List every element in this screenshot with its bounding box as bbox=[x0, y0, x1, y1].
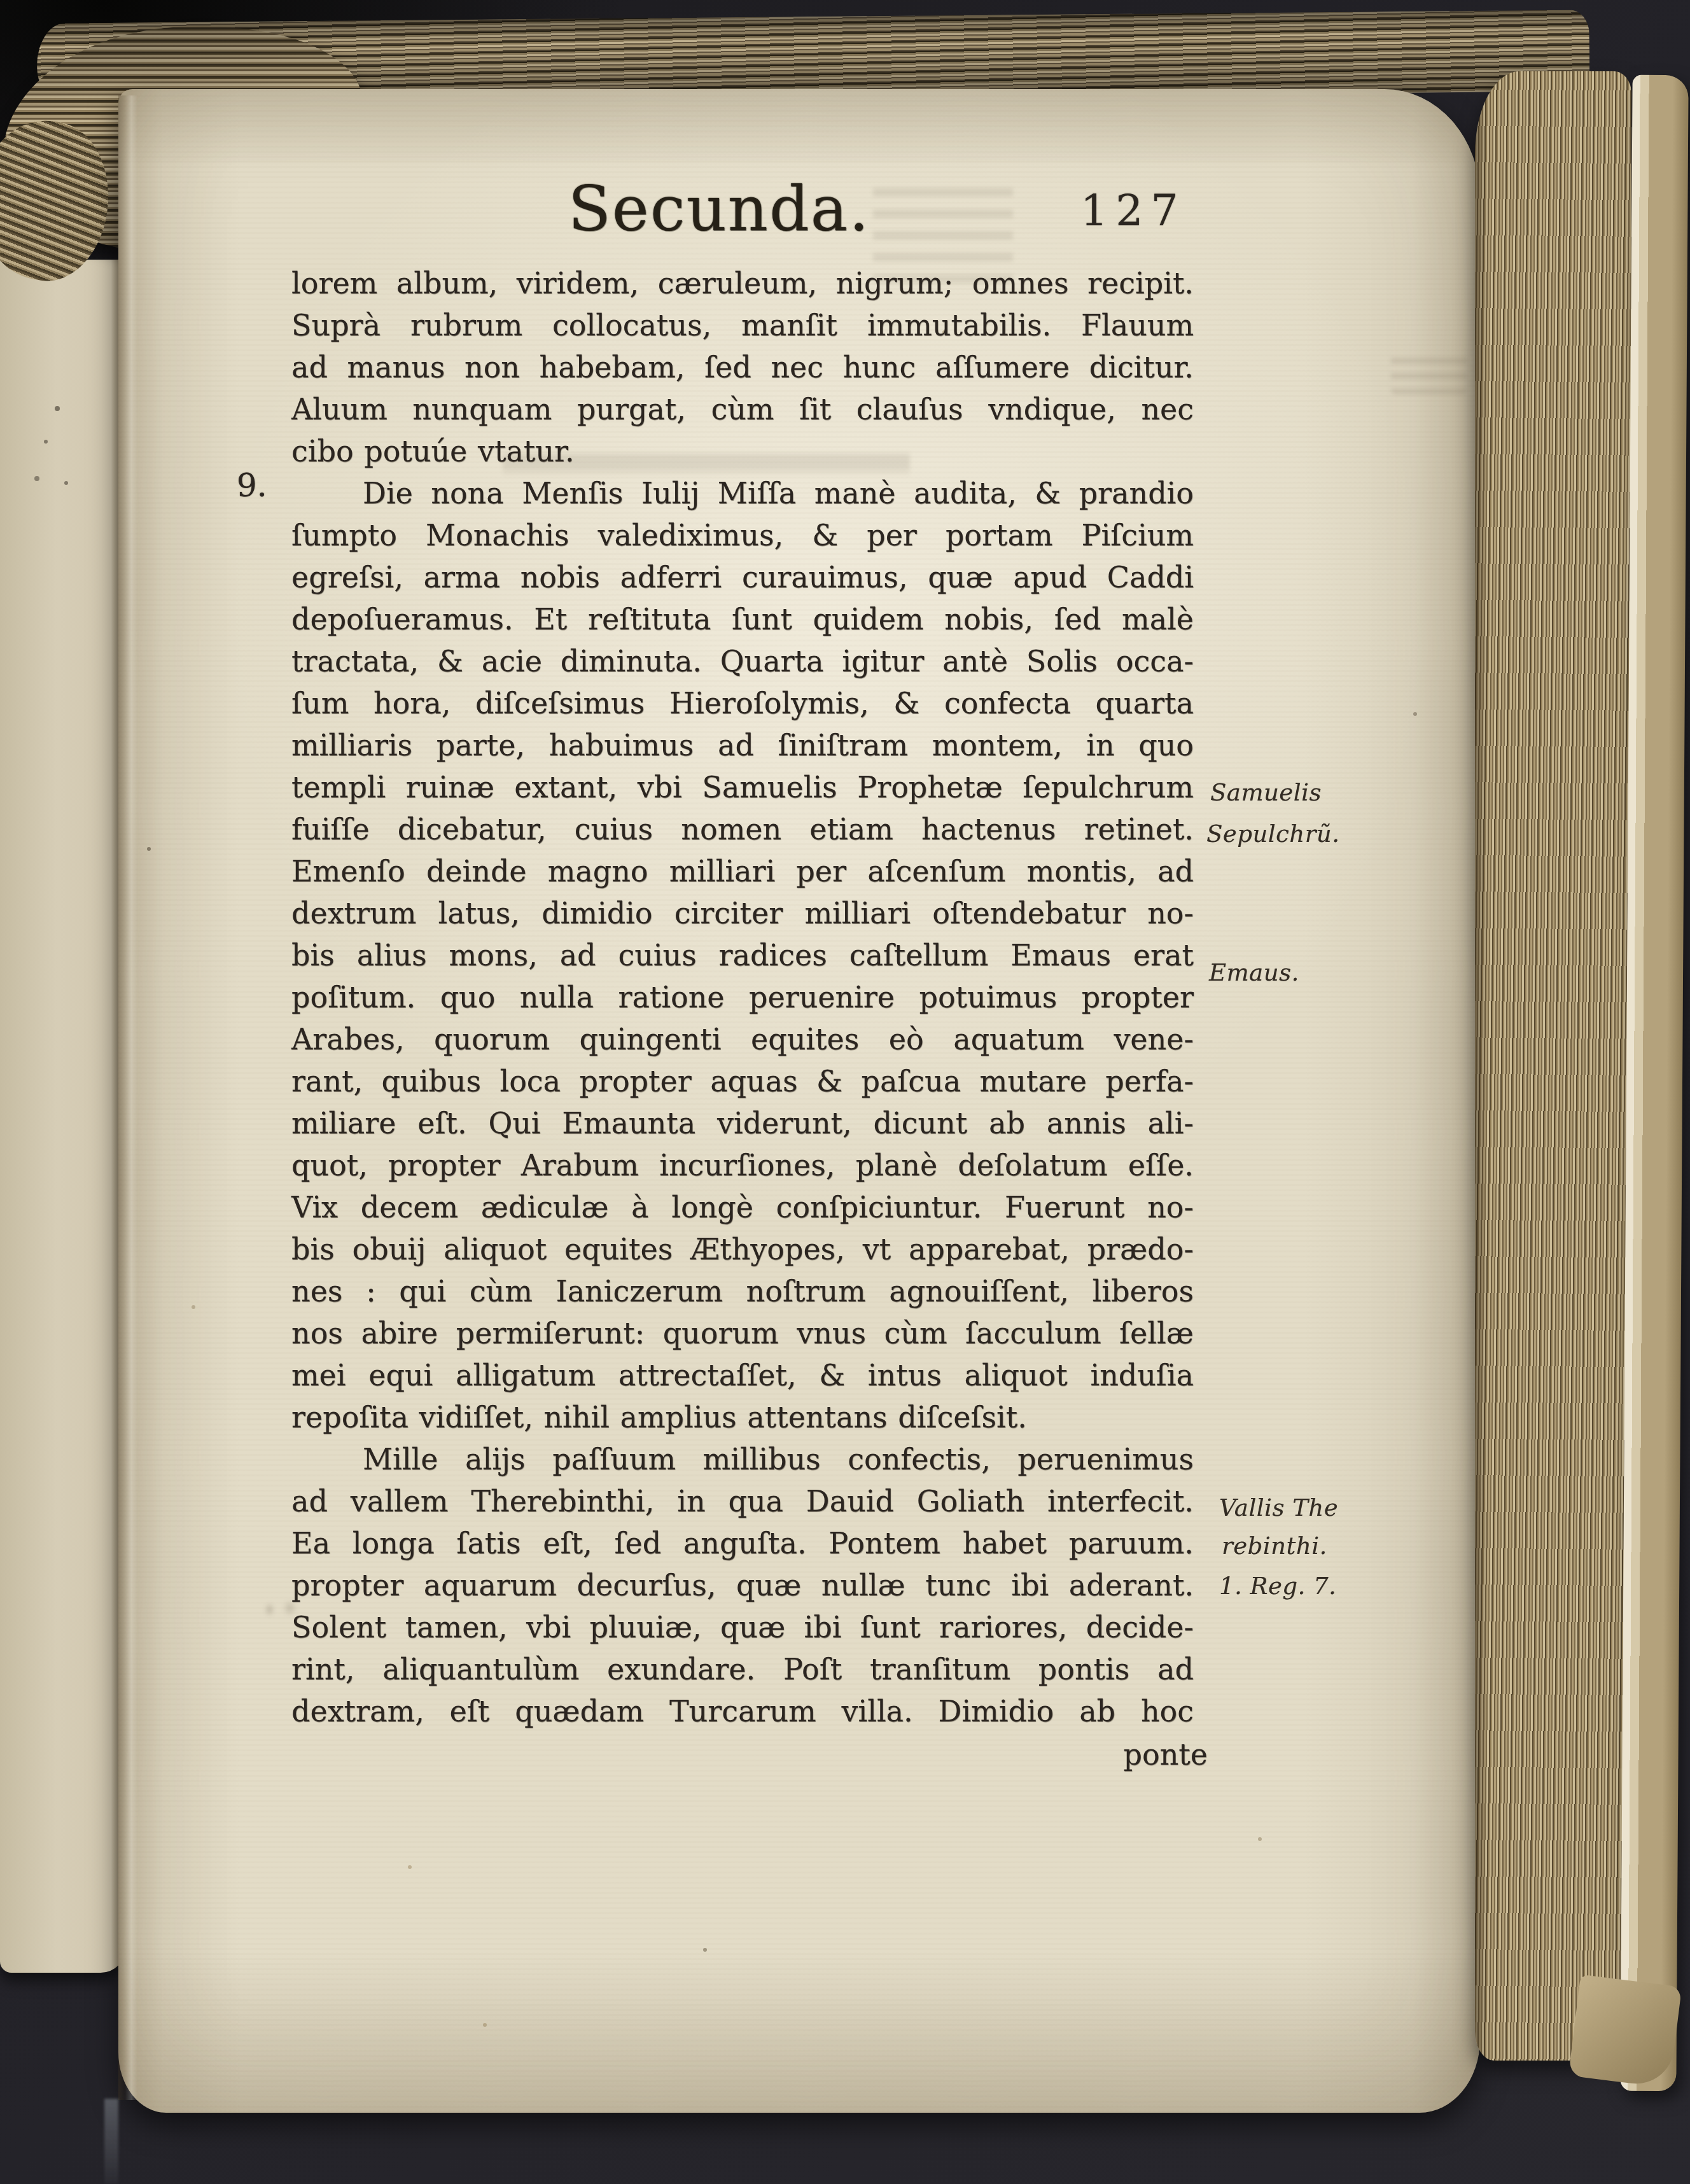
text-line: quot, propter Arabum incurſiones, planè … bbox=[291, 1144, 1194, 1186]
text-line: depoſueramus. Et reſtituta ſunt quidem n… bbox=[291, 598, 1194, 640]
text-line: tractata, & acie diminuta. Quarta igitur… bbox=[291, 640, 1194, 682]
text-line: bis alius mons, ad cuius radices caſtell… bbox=[291, 934, 1194, 976]
margin-note-bible-reference: 1. Reg. 7. bbox=[1219, 1574, 1336, 1600]
text-line: Emenſo deinde magno milliari per aſcenſu… bbox=[291, 850, 1194, 892]
text-line: rint, aliquantulùm exundare. Poſt tranſi… bbox=[291, 1648, 1194, 1690]
book-stand-glint bbox=[104, 2099, 118, 2184]
text-line: Aluum nunquam purgat, cùm ſit clauſus vn… bbox=[291, 388, 1194, 430]
margin-note-samuelis: Samuelis bbox=[1210, 780, 1322, 806]
text-line: Arabes, quorum quingenti equites eò aqua… bbox=[291, 1018, 1194, 1060]
margin-note-vallis-therebinthi-line1: Vallis The bbox=[1219, 1495, 1338, 1522]
book-cover-edge bbox=[1620, 75, 1688, 2091]
page-number: 127 bbox=[1080, 190, 1186, 233]
text-line: ad manus non habebam, ſed nec hunc aſſum… bbox=[291, 346, 1194, 388]
text-line: Solent tamen, vbi pluuiæ, quæ ibi ſunt r… bbox=[291, 1606, 1194, 1648]
text-line: Ea longa ſatis eſt, ſed anguſta. Pontem … bbox=[291, 1522, 1194, 1564]
text-line: ſumpto Monachis valediximus, & per porta… bbox=[291, 514, 1194, 556]
text-line: Die nona Menſis Iulij Miſſa manè audita,… bbox=[291, 472, 1194, 514]
text-line: ad vallem Therebinthi, in qua Dauid Goli… bbox=[291, 1480, 1194, 1522]
show-through-smudge bbox=[1391, 354, 1467, 395]
book-fore-edge-pages bbox=[1475, 71, 1631, 2061]
text-line: propter aquarum decurſus, quæ nullæ tunc… bbox=[291, 1564, 1194, 1606]
text-line: nos abire permiſerunt: quorum vnus cùm ſ… bbox=[291, 1312, 1194, 1354]
text-line: rant, quibus loca propter aquas & paſcua… bbox=[291, 1060, 1194, 1102]
text-line: Vix decem ædiculæ à longè conſpiciuntur.… bbox=[291, 1186, 1194, 1228]
margin-note-vallis-therebinthi-line2: rebinthi. bbox=[1222, 1534, 1327, 1560]
text-line: Suprà rubrum collocatus, manſit immutabi… bbox=[291, 304, 1194, 346]
page-gutter-crease bbox=[118, 95, 137, 2100]
margin-note-emaus: Emaus. bbox=[1209, 960, 1299, 986]
text-line: bis obuij aliquot equites Æthyopes, vt a… bbox=[291, 1228, 1194, 1270]
text-line: miliare eſt. Qui Emaunta viderunt, dicun… bbox=[291, 1102, 1194, 1144]
text-line: cibo potuúe vtatur. bbox=[291, 430, 1194, 472]
text-line: poſitum. quo nulla ratione peruenire pot… bbox=[291, 976, 1194, 1018]
previous-leaf-edge bbox=[0, 260, 126, 1973]
body-text: lorem album, viridem, cæruleum, nigrum; … bbox=[291, 262, 1194, 1732]
margin-note-sepulchrum: Sepulchrũ. bbox=[1206, 822, 1339, 848]
text-line: dextrum latus, dimidio circiter milliari… bbox=[291, 892, 1194, 934]
text-line: templi ruinæ extant, vbi Samuelis Prophe… bbox=[291, 766, 1194, 808]
ink-specks bbox=[0, 0, 3, 3]
text-line: egreſsi, arma nobis adferri curauimus, q… bbox=[291, 556, 1194, 598]
book-photo: Secunda. 127 9. lorem album, viridem, cæ… bbox=[0, 0, 1690, 2184]
catchword: ponte bbox=[928, 1740, 1208, 1769]
text-line: nes : qui cùm Ianiczerum noſtrum agnouiſ… bbox=[291, 1270, 1194, 1312]
text-line: ſum hora, diſceſsimus Hieroſolymis, & co… bbox=[291, 682, 1194, 724]
running-header: Secunda. bbox=[439, 176, 999, 244]
text-line: mei equi alligatum attrectaſſet, & intus… bbox=[291, 1354, 1194, 1396]
text-line: dextram, eſt quædam Turcarum villa. Dimi… bbox=[291, 1690, 1194, 1732]
section-number: 9. bbox=[237, 470, 267, 501]
text-line: Mille alijs paſſuum millibus confectis, … bbox=[291, 1438, 1194, 1480]
text-line: repoſita vidiſſet, nihil amplius attenta… bbox=[291, 1396, 1194, 1438]
text-line: lorem album, viridem, cæruleum, nigrum; … bbox=[291, 262, 1194, 304]
text-line: fuiſſe dicebatur, cuius nomen etiam hact… bbox=[291, 808, 1194, 850]
text-line: milliaris parte, habuimus ad ſiniſtram m… bbox=[291, 724, 1194, 766]
